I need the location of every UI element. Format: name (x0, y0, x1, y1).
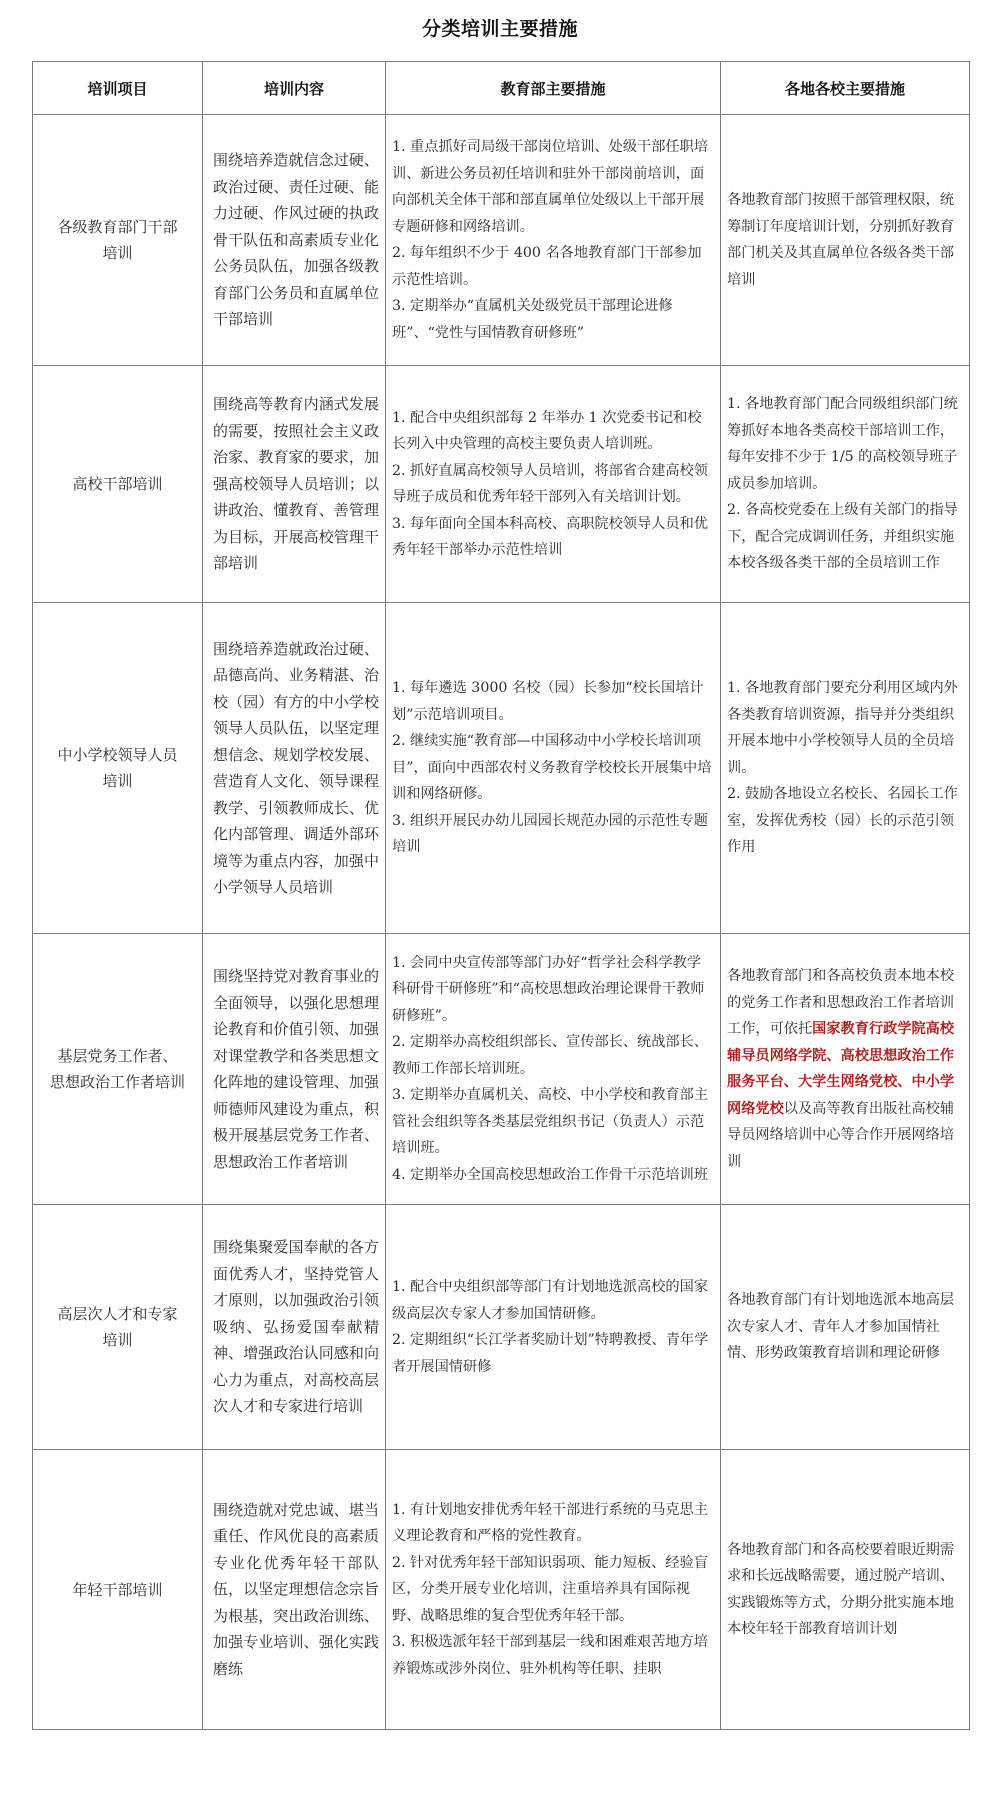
training-item-line: 高层次人才和专家 (41, 1301, 194, 1327)
ministry-measure: 2. 每年组织不少于 400 名各地教育部门干部参加示范性培训。 (392, 240, 714, 293)
training-content-cell: 围绕造就对党忠诚、堪当重任、作风优良的高素质专业化优秀年轻干部队伍，以坚定理想信… (203, 1450, 386, 1730)
training-item-cell: 基层党务工作者、 思想政治工作者培训 (33, 934, 203, 1205)
ministry-measure: 2. 抓好直属高校领导人员培训，将部省合建高校领导班子成员和优秀年轻干部列入有关… (392, 458, 714, 511)
training-item-line: 年轻干部培训 (41, 1577, 194, 1603)
ministry-measure: 1. 配合中央组织部等部门有计划地选派高校的国家级高层次专家人才参加国情研修。 (392, 1274, 714, 1327)
ministry-measure: 3. 定期举办“直属机关处级党员干部理论进修班”、“党性与国情教育研修班” (392, 293, 714, 346)
ministry-measure: 1. 重点抓好司局级干部岗位培训、处级干部任职培训、新进公务员初任培训和驻外干部… (392, 134, 714, 240)
ministry-measure: 2. 针对优秀年轻干部知识弱项、能力短板、经验盲区，分类开展专业化培训，注重培养… (392, 1550, 714, 1630)
training-content-cell: 围绕培养造就信念过硬、政治过硬、责任过硬、能力过硬、作风过硬的执政骨干队伍和高素… (203, 115, 386, 366)
training-item-line: 培训 (41, 240, 194, 266)
training-content-cell: 围绕坚持党对教育事业的全面领导，以强化思想理论教育和价值引领、加强对课堂教学和各… (203, 934, 386, 1205)
ministry-measure: 1. 每年遴选 3000 名校（园）长参加“校长国培计划”示范培训项目。 (392, 675, 714, 728)
ministry-measures-cell: 1. 重点抓好司局级干部岗位培训、处级干部任职培训、新进公务员初任培训和驻外干部… (386, 115, 721, 366)
local-measures-cell: 各地教育部门有计划地选派本地高层次专家人才、青年人才参加国情社情、形势政策教育培… (721, 1205, 970, 1450)
training-measures-table: 培训项目 培训内容 教育部主要措施 各地各校主要措施 各级教育部门干部 培训 围… (32, 61, 970, 1730)
training-content-cell: 围绕高等教育内涵式发展的需要，按照社会主义政治家、教育家的要求，加强高校领导人员… (203, 366, 386, 603)
ministry-measures-cell: 1. 每年遴选 3000 名校（园）长参加“校长国培计划”示范培训项目。 2. … (386, 603, 721, 934)
training-item-cell: 各级教育部门干部 培训 (33, 115, 203, 366)
ministry-measure: 3. 每年面向全国本科高校、高职院校领导人员和优秀年轻干部举办示范性培训 (392, 511, 714, 564)
ministry-measure: 4. 定期举办全国高校思想政治工作骨干示范培训班 (392, 1162, 714, 1189)
column-header-local-measures: 各地各校主要措施 (721, 62, 970, 115)
training-item-line: 培训 (41, 768, 194, 794)
training-content-cell: 围绕培养造就政治过硬、品德高尚、业务精湛、治校（园）有方的中小学校领导人员队伍，… (203, 603, 386, 934)
table-row: 基层党务工作者、 思想政治工作者培训 围绕坚持党对教育事业的全面领导，以强化思想… (33, 934, 970, 1205)
table-row: 高校干部培训 围绕高等教育内涵式发展的需要，按照社会主义政治家、教育家的要求，加… (33, 366, 970, 603)
local-measure-text: 各地教育部门按照干部管理权限，统筹制订年度培训计划，分别抓好教育部门机关及其直属… (727, 192, 954, 288)
page-title: 分类培训主要措施 (0, 14, 1000, 41)
local-measure: 2. 鼓励各地设立名校长、名园长工作室，发挥优秀校（园）长的示范引领作用 (727, 781, 963, 861)
ministry-measures-cell: 1. 配合中央组织部等部门有计划地选派高校的国家级高层次专家人才参加国情研修。 … (386, 1205, 721, 1450)
ministry-measures-cell: 1. 有计划地安排优秀年轻干部进行系统的马克思主义理论教育和严格的党性教育。 2… (386, 1450, 721, 1730)
training-item-cell: 高校干部培训 (33, 366, 203, 603)
training-item-cell: 年轻干部培训 (33, 1450, 203, 1730)
ministry-measures-cell: 1. 配合中央组织部每 2 年举办 1 次党委书记和校长列入中央管理的高校主要负… (386, 366, 721, 603)
ministry-measure: 1. 有计划地安排优秀年轻干部进行系统的马克思主义理论教育和严格的党性教育。 (392, 1497, 714, 1550)
training-item-cell: 中小学校领导人员 培训 (33, 603, 203, 934)
column-header-ministry-measures: 教育部主要措施 (386, 62, 721, 115)
ministry-measures-cell: 1. 会同中央宣传部等部门办好“哲学社会科学教学科研骨干研修班”和“高校思想政治… (386, 934, 721, 1205)
ministry-measure: 3. 定期举办直属机关、高校、中小学校和教育部主管社会组织等各类基层党组织书记（… (392, 1082, 714, 1162)
table-row: 年轻干部培训 围绕造就对党忠诚、堪当重任、作风优良的高素质专业化优秀年轻干部队伍… (33, 1450, 970, 1730)
local-measures-cell: 各地教育部门和各高校负责本地本校的党务工作者和思想政治工作者培训工作，可依托国家… (721, 934, 970, 1205)
column-header-item: 培训项目 (33, 62, 203, 115)
ministry-measure: 2. 继续实施“教育部—中国移动中小学校长培训项目”，面向中西部农村义务教育学校… (392, 728, 714, 808)
local-measures-cell: 1. 各地教育部门配合同级组织部门统筹抓好本地各类高校干部培训工作，每年安排不少… (721, 366, 970, 603)
local-measures-cell: 各地教育部门按照干部管理权限，统筹制订年度培训计划，分别抓好教育部门机关及其直属… (721, 115, 970, 366)
training-item-line: 基层党务工作者、 (41, 1043, 194, 1069)
local-measure: 2. 各高校党委在上级有关部门的指导下，配合完成调训任务，并组织实施本校各级各类… (727, 497, 963, 577)
local-measures-cell: 各地教育部门和各高校要着眼近期需求和长远战略需要，通过脱产培训、实践锻炼等方式，… (721, 1450, 970, 1730)
ministry-measure: 1. 配合中央组织部每 2 年举办 1 次党委书记和校长列入中央管理的高校主要负… (392, 405, 714, 458)
training-item-line: 思想政治工作者培训 (41, 1069, 194, 1095)
ministry-measure: 2. 定期举办高校组织部长、宣传部长、统战部长、教师工作部长培训班。 (392, 1029, 714, 1082)
ministry-measure: 1. 会同中央宣传部等部门办好“哲学社会科学教学科研骨干研修班”和“高校思想政治… (392, 950, 714, 1030)
local-measure-text: 各地教育部门有计划地选派本地高层次专家人才、青年人才参加国情社情、形势政策教育培… (727, 1292, 954, 1361)
table-row: 高层次人才和专家 培训 围绕集聚爱国奉献的各方面优秀人才，坚持党管人才原则，以加… (33, 1205, 970, 1450)
ministry-measure: 2. 定期组织“长江学者奖励计划”特聘教授、青年学者开展国情研修 (392, 1327, 714, 1380)
local-measures-cell: 1. 各地教育部门要充分利用区域内外各类教育培训资源，指导并分类组织开展本地中小… (721, 603, 970, 934)
training-item-line: 高校干部培训 (41, 471, 194, 497)
table-header-row: 培训项目 培训内容 教育部主要措施 各地各校主要措施 (33, 62, 970, 115)
table-row: 各级教育部门干部 培训 围绕培养造就信念过硬、政治过硬、责任过硬、能力过硬、作风… (33, 115, 970, 366)
ministry-measure: 3. 组织开展民办幼儿园园长规范办园的示范性专题培训 (392, 808, 714, 861)
training-item-line: 中小学校领导人员 (41, 742, 194, 768)
local-measure: 1. 各地教育部门配合同级组织部门统筹抓好本地各类高校干部培训工作，每年安排不少… (727, 391, 963, 497)
training-content-cell: 围绕集聚爱国奉献的各方面优秀人才，坚持党管人才原则，以加强政治引领吸纳、弘扬爱国… (203, 1205, 386, 1450)
training-item-line: 各级教育部门干部 (41, 214, 194, 240)
local-measure: 1. 各地教育部门要充分利用区域内外各类教育培训资源，指导并分类组织开展本地中小… (727, 675, 963, 781)
table-row: 中小学校领导人员 培训 围绕培养造就政治过硬、品德高尚、业务精湛、治校（园）有方… (33, 603, 970, 934)
local-measure-text: 各地教育部门和各高校要着眼近期需求和长远战略需要，通过脱产培训、实践锻炼等方式，… (727, 1542, 954, 1638)
training-item-line: 培训 (41, 1327, 194, 1353)
column-header-content: 培训内容 (203, 62, 386, 115)
training-item-cell: 高层次人才和专家 培训 (33, 1205, 203, 1450)
ministry-measure: 3. 积极选派年轻干部到基层一线和困难艰苦地方培养锻炼或涉外岗位、驻外机构等任职… (392, 1629, 714, 1682)
